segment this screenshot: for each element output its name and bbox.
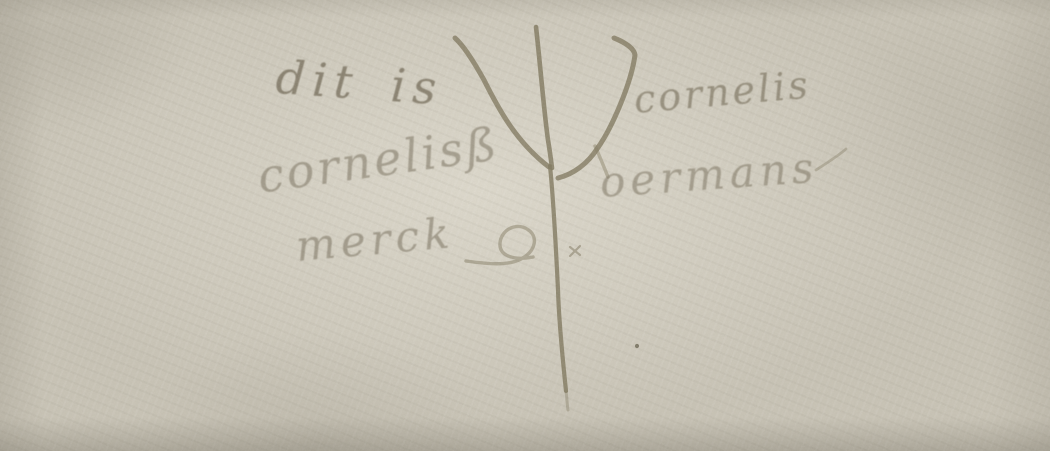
ink-speck-icon (635, 344, 639, 348)
manuscript-page: dit is cornelis cornelisß oermans merck (0, 0, 1050, 451)
oermans-end-flourish-icon (816, 149, 846, 170)
mark-stem-icon (550, 166, 566, 391)
mark-middle-prong-icon (536, 27, 552, 168)
small-cross-mark-icon (570, 246, 580, 256)
mark-stem-tail-icon (566, 391, 568, 410)
merck-flourish-loop-icon (466, 226, 534, 263)
inscription-dit-is: dit is (274, 50, 445, 116)
merchant-house-mark (0, 0, 1050, 451)
